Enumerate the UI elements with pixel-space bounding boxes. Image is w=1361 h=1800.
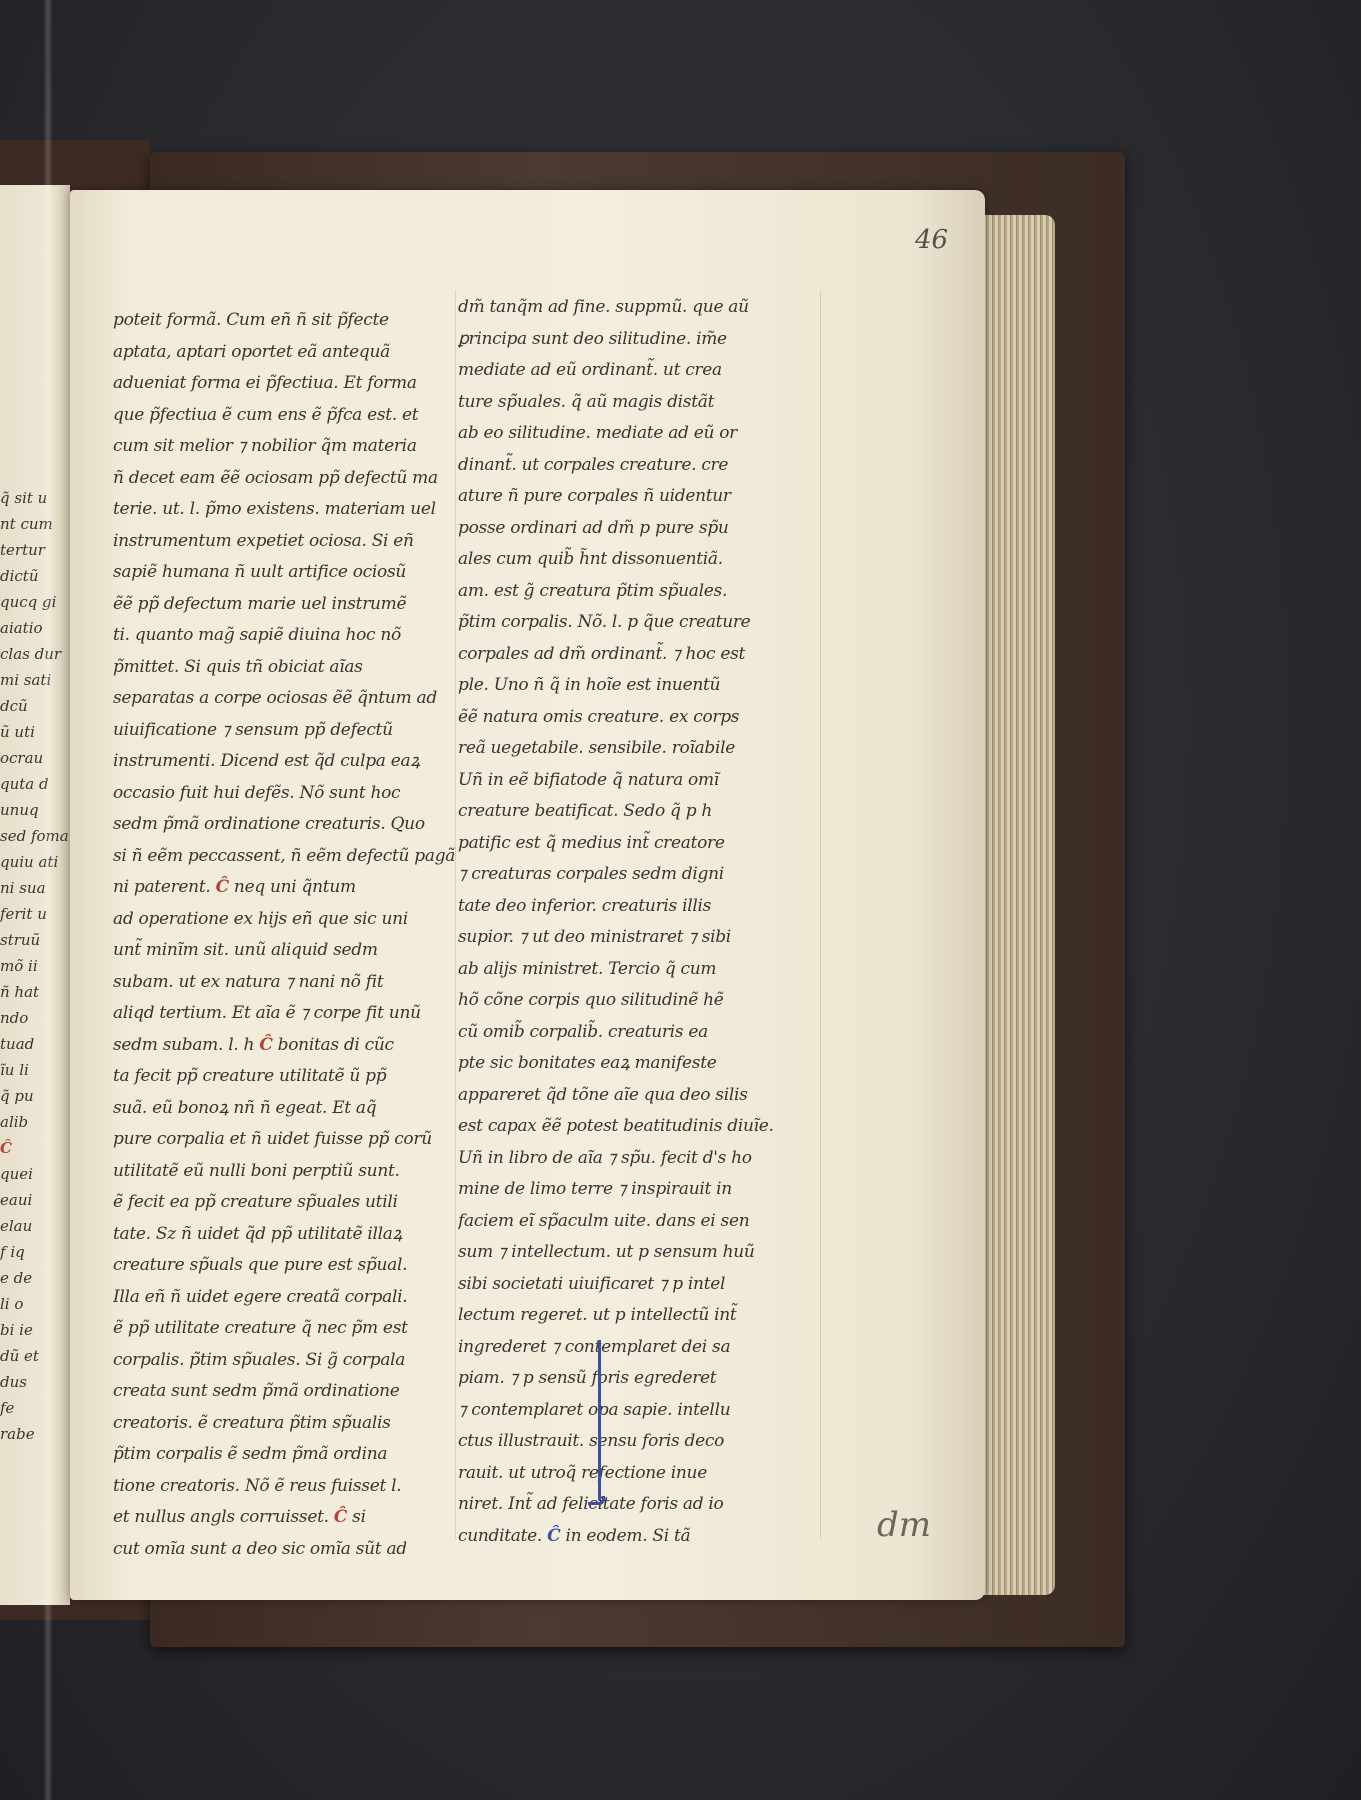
text-line: ĩu li xyxy=(0,1057,70,1083)
text-line: dm̃ tanq̃m ad fine. suppmũ. que aũ xyxy=(458,292,818,324)
paragraph-mark: Ĉ xyxy=(334,1507,347,1527)
text-line: p̃tim corpalis. Nõ. l. p q̃ue creature xyxy=(458,607,818,639)
text-line: terie. ut. l. p̃mo existens. materiam ue… xyxy=(113,494,458,526)
text-line: dcũ xyxy=(0,693,70,719)
text-line: pte sic bonitates eaꝝ manifeste xyxy=(458,1048,818,1080)
text-line: tate. Sz ñ uidet q̃d pp̃ utilitatẽ illaꝝ xyxy=(113,1219,458,1251)
text-line: subam. ut ex natura ⁊ nani nõ fit xyxy=(113,967,458,999)
text-line: ⁊ contemplaret opa sapie. intellu xyxy=(458,1395,818,1427)
text-line: instrumentum expetiet ociosa. Si eñ xyxy=(113,526,458,558)
text-line: li o xyxy=(0,1291,70,1317)
text-line: pure corpalia et ñ uidet fuisse pp̃ corũ xyxy=(113,1124,458,1156)
text-line: sedm subam. l. h Ĉ bonitas di cũc xyxy=(113,1030,458,1062)
text-line: unuq xyxy=(0,797,70,823)
text-line: ales cum quib̃ h̃nt dissonuentiã. xyxy=(458,544,818,576)
text-line: p̃mittet. Si quis tñ obiciat aĩas xyxy=(113,652,458,684)
text-line: tuad xyxy=(0,1031,70,1057)
text-line: sapiẽ humana ñ uult artifice ociosũ xyxy=(113,557,458,589)
scanner-glass-reflection xyxy=(44,0,52,1800)
text-line: ctus illustrauit. sensu foris deco xyxy=(458,1426,818,1458)
text-line: ũ uti xyxy=(0,719,70,745)
text-line: ndo xyxy=(0,1005,70,1031)
text-line: cut omĩa sunt a deo sic omĩa sũt ad xyxy=(113,1534,458,1566)
text-line: eaui xyxy=(0,1187,70,1213)
text-line: ture sp̃uales. q̃ aũ magis distãt xyxy=(458,387,818,419)
text-line: posse ordinari ad dm̃ p pure sp̃u xyxy=(458,513,818,545)
text-line: ingrederet ⁊ contemplaret dei sa xyxy=(458,1332,818,1364)
text-line: Ĉ xyxy=(0,1135,70,1161)
text-line: ñ hat xyxy=(0,979,70,1005)
text-line: ab alijs ministret. Tercio q̃ cum xyxy=(458,954,818,986)
text-line: sedm p̃mã ordinatione creaturis. Quo xyxy=(113,809,458,841)
paragraph-mark: Ĉ xyxy=(259,1035,272,1055)
text-line: p̃tim corpalis ẽ sedm p̃mã ordina xyxy=(113,1439,458,1471)
text-line: cunditate. Ĉ in eodem. Si tã xyxy=(458,1521,818,1553)
text-line: ẽẽ pp̃ defectum marie uel instrumẽ xyxy=(113,589,458,621)
left-page-verso: q̃ sit unt cumterturdictũqucq giaiatiocl… xyxy=(0,185,70,1605)
paragraph-mark: Ĉ xyxy=(216,877,229,897)
text-line: sibi societati uiuificaret ⁊ p intel xyxy=(458,1269,818,1301)
text-line: sed foma xyxy=(0,823,70,849)
text-line: mi sati xyxy=(0,667,70,693)
text-line: mõ ii xyxy=(0,953,70,979)
text-line: tate deo inferior. creaturis illis xyxy=(458,891,818,923)
text-line: rauit. ut utroq̃ refectione inue xyxy=(458,1458,818,1490)
text-line: quta d xyxy=(0,771,70,797)
text-line: ñ decet eam ẽẽ ociosam pp̃ defectũ ma xyxy=(113,463,458,495)
text-line: creature beatificat. Sedo q̃ p h xyxy=(458,796,818,828)
text-line: appareret q̃d tõne aĩe qua deo silis xyxy=(458,1080,818,1112)
text-line: quiu ati xyxy=(0,849,70,875)
text-line: creature sp̃uals que pure est sp̃ual. xyxy=(113,1250,458,1282)
text-line: hõ cõne corpis quo silitudinẽ hẽ xyxy=(458,985,818,1017)
text-line: tione creatoris. Nõ ẽ reus fuisset l. xyxy=(113,1471,458,1503)
text-line: poteit formã. Cum eñ ñ sit p̃fecte xyxy=(113,305,458,337)
text-line: dictũ xyxy=(0,563,70,589)
text-line: ẽ fecit ea pp̃ creature sp̃uales utili xyxy=(113,1187,458,1219)
text-line: suã. eũ bonoꝝ nñ ñ egeat. Et aq̃ xyxy=(113,1093,458,1125)
text-line: utilitatẽ eũ nulli boni perptiũ sunt. xyxy=(113,1156,458,1188)
text-line: ferit u xyxy=(0,901,70,927)
text-line: alib xyxy=(0,1109,70,1135)
text-line: corpales ad dm̃ ordinant̃. ⁊ hoc est xyxy=(458,639,818,671)
text-line: mediate ad eũ ordinant̃. ut crea xyxy=(458,355,818,387)
text-line: et nullus angls corruisset. Ĉ si xyxy=(113,1502,458,1534)
text-line: creata sunt sedm p̃mã ordinatione xyxy=(113,1376,458,1408)
text-line: occasio fuit hui defẽs. Nõ sunt hoc xyxy=(113,778,458,810)
text-line: supior. ⁊ ut deo ministraret ⁊ sibi xyxy=(458,922,818,954)
text-line: dus xyxy=(0,1369,70,1395)
text-line: separatas a corpe ociosas ẽẽ q̃ntum ad xyxy=(113,683,458,715)
text-line: ature ñ pure corpales ñ uidentur xyxy=(458,481,818,513)
text-line: struũ xyxy=(0,927,70,953)
text-line: uiuificatione ⁊ sensum pp̃ defectũ xyxy=(113,715,458,747)
text-line: q̃ pu xyxy=(0,1083,70,1109)
text-line: est capax ẽẽ potest beatitudinis diuĩe. xyxy=(458,1111,818,1143)
text-line: ꝑrincipa sunt deo silitudine. im̃e xyxy=(458,324,818,356)
text-line: e de xyxy=(0,1265,70,1291)
text-line: clas dur xyxy=(0,641,70,667)
text-line: lectum regeret. ut p intellectũ int̃ xyxy=(458,1300,818,1332)
left-page-text-fragments: q̃ sit unt cumterturdictũqucq giaiatiocl… xyxy=(0,485,70,1447)
text-line: ni paterent. Ĉ neq uni q̃ntum xyxy=(113,872,458,904)
blue-initial-flourish xyxy=(598,1340,601,1500)
text-line: ple. Uno ñ q̃ in hoĩe est inuentũ xyxy=(458,670,818,702)
text-line: cum sit melior ⁊ nobilior q̃m materia xyxy=(113,431,458,463)
text-line: ti. quanto mag̃ sapiẽ diuina hoc nõ xyxy=(113,620,458,652)
paragraph-mark: Ĉ xyxy=(0,1139,12,1157)
text-line: elau xyxy=(0,1213,70,1239)
text-column-right: dm̃ tanq̃m ad fine. suppmũ. que aũꝑrinci… xyxy=(458,292,818,1552)
catchword: dm xyxy=(877,1505,931,1545)
text-line: Uñ in libro de aĩa ⁊ sp̃u. fecit d's ho xyxy=(458,1143,818,1175)
text-line: aliqd tertium. Et aĩa ẽ ⁊ corpe fit unũ xyxy=(113,998,458,1030)
text-line: dũ et xyxy=(0,1343,70,1369)
text-line: patific est q̃ medius int̃ creatore xyxy=(458,828,818,860)
text-line: cũ omib̃ corpalib̃. creaturis ea xyxy=(458,1017,818,1049)
text-line: ta fecit pp̃ creature utilitatẽ ũ pp̃ xyxy=(113,1061,458,1093)
text-line: ẽ pp̃ utilitate creature q̃ nec p̃m est xyxy=(113,1313,458,1345)
text-line: sum ⁊ intellectum. ut p sensum huũ xyxy=(458,1237,818,1269)
text-line: am. est g̃ creatura p̃tim sp̃uales. xyxy=(458,576,818,608)
text-line: ocrau xyxy=(0,745,70,771)
blue-initial-flourish-hook xyxy=(588,1496,605,1505)
text-line: piam. ⁊ p sensũ foris egrederet xyxy=(458,1363,818,1395)
text-line: que p̃fectiua ẽ cum ens ẽ p̃fca est. et xyxy=(113,400,458,432)
text-line: aiatio xyxy=(0,615,70,641)
text-line: dinant̃. ut corpales creature. cre xyxy=(458,450,818,482)
text-line: fe xyxy=(0,1395,70,1421)
text-line: corpalis. p̃tim sp̃uales. Si g̃ corpala xyxy=(113,1345,458,1377)
text-line: si ñ eẽm peccassent, ñ eẽm defectũ pagã xyxy=(113,841,458,873)
text-line: adueniat forma ei p̃fectiua. Et forma xyxy=(113,368,458,400)
text-line: bi ie xyxy=(0,1317,70,1343)
page-edges xyxy=(975,215,1055,1595)
text-line: f iq xyxy=(0,1239,70,1265)
text-line: ẽẽ natura omis creature. ex corps xyxy=(458,702,818,734)
text-line: aptata, aptari oportet eã antequã xyxy=(113,337,458,369)
text-line: mine de limo terre ⁊ inspirauit in xyxy=(458,1174,818,1206)
text-line: q̃ sit u xyxy=(0,485,70,511)
text-column-left: poteit formã. Cum eñ ñ sit p̃fecteaptata… xyxy=(113,305,458,1565)
text-line: nt cum xyxy=(0,511,70,537)
text-line: faciem eĩ sp̃aculm uite. dans ei sen xyxy=(458,1206,818,1238)
text-line: unt̃ minĩm sit. unũ aliquid sedm xyxy=(113,935,458,967)
text-line: ab eo silitudine. mediate ad eũ or xyxy=(458,418,818,450)
text-line: tertur xyxy=(0,537,70,563)
text-line: ⁊ creaturas corpales sedm digni xyxy=(458,859,818,891)
text-line: instrumenti. Dicend est q̃d culpa eaꝝ xyxy=(113,746,458,778)
text-line: ni sua xyxy=(0,875,70,901)
text-line: quei xyxy=(0,1161,70,1187)
text-line: Uñ in eẽ bifiatode q̃ natura omĩ xyxy=(458,765,818,797)
text-line: Illa eñ ñ uidet egere creatã corpali. xyxy=(113,1282,458,1314)
text-line: niret. Int̃ ad felicitate foris ad io xyxy=(458,1489,818,1521)
ruling-line xyxy=(820,290,821,1540)
paragraph-mark: Ĉ xyxy=(547,1526,560,1546)
text-line: ad operatione ex hijs eñ que sic uni xyxy=(113,904,458,936)
text-line: qucq gi xyxy=(0,589,70,615)
text-line: creatoris. ẽ creatura p̃tim sp̃ualis xyxy=(113,1408,458,1440)
text-line: reã uegetabile. sensibile. roĩabile xyxy=(458,733,818,765)
text-line: rabe xyxy=(0,1421,70,1447)
folio-number: 46 xyxy=(915,225,948,255)
